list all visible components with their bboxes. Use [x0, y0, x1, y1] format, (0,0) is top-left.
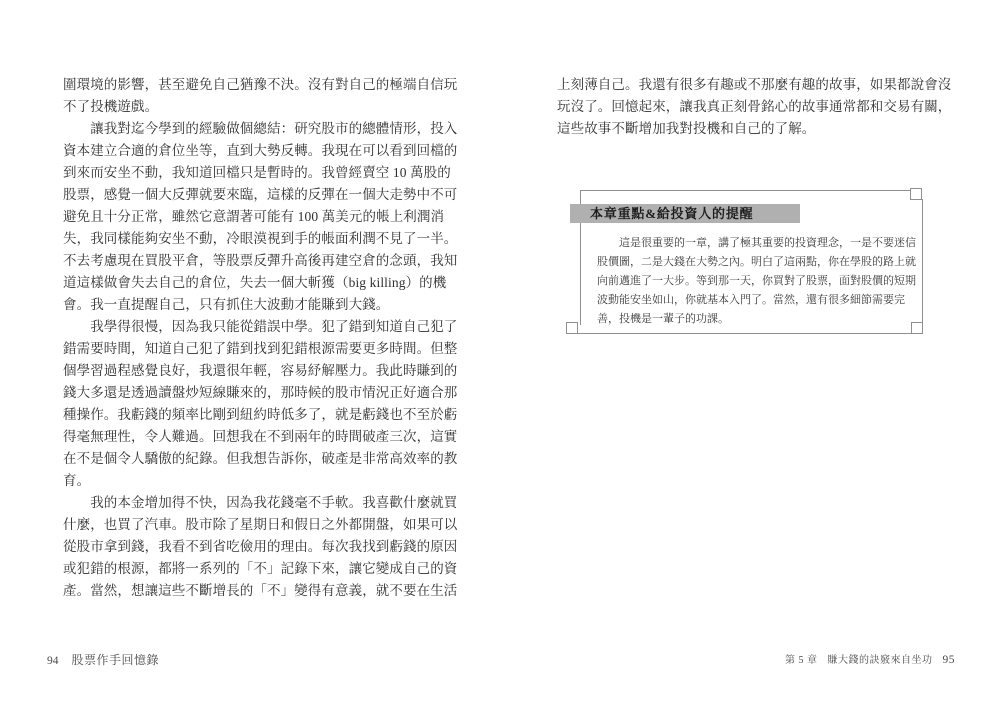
- text-line: 我學得很慢，因為我只能從錯誤中學。犯了錯到知道自己犯了: [63, 316, 463, 338]
- callout-title: 本章重點&給投資人的提醒: [590, 206, 753, 221]
- text-line: 不去考慮現在買股平倉，等股票反彈升高後再建空倉的念頭，我知: [63, 250, 463, 272]
- text-line: 讓我對迄今學到的經驗做個總結：研究股市的總體情形，投入: [63, 118, 463, 140]
- text-line: 個學習過程感覺良好，我還很年輕，容易紓解壓力。我此時賺到的: [63, 360, 463, 382]
- chapter-label: 第 5 章: [785, 653, 818, 669]
- text-line: 股票，感覺一個大反彈就要來臨，這樣的反彈在一個大走勢中不可: [63, 184, 463, 206]
- left-page-text: 圍環境的影響，甚至避免自己猶豫不決。沒有對自己的極端自信玩 不了投機遊戲。 讓我…: [63, 74, 463, 602]
- chapter-summary-callout: 本章重點&給投資人的提醒 這是很重要的一章，講了極其重要的投資理念，一是不要迷信…: [540, 170, 970, 365]
- text-line: 向前邁進了一大步。等到那一天，你買對了股票，面對股價的短期: [597, 272, 916, 291]
- text-line: 上刻薄自己。我還有很多有趣或不那麼有趣的故事，如果都說會沒: [557, 74, 957, 96]
- book-spread: 圍環境的影響，甚至避免自己猶豫不決。沒有對自己的極端自信玩 不了投機遊戲。 讓我…: [0, 0, 1000, 710]
- text-line: 什麼，也買了汽車。股市除了星期日和假日之外都開盤，如果可以: [63, 514, 463, 536]
- text-line: 種操作。我虧錢的頻率比剛到紐約時低多了，就是虧錢也不至於虧: [63, 404, 463, 426]
- text-line: 玩沒了。回憶起來，讓我真正刻骨銘心的故事通常都和交易有關，: [557, 96, 957, 118]
- text-line: 這些故事不斷增加我對投機和自己的了解。: [557, 118, 957, 140]
- text-line: 不了投機遊戲。: [63, 96, 463, 118]
- text-line: 在不是個令人驕傲的紀錄。但我想告訴你，破產是非常高效率的教: [63, 448, 463, 470]
- text-line: 道這樣做會失去自己的倉位，失去一個大斬獲（big killing）的機: [63, 272, 463, 294]
- book-title: 股票作手回憶錄: [72, 652, 160, 668]
- page-number: 95: [943, 652, 956, 668]
- text-line: 圍環境的影響，甚至避免自己猶豫不決。沒有對自己的極端自信玩: [63, 74, 463, 96]
- text-line: 資本建立合適的倉位坐等，直到大勢反轉。我現在可以看到回檔的: [63, 140, 463, 162]
- text-line: 我的本金增加得不快，因為我花錢毫不手軟。我喜歡什麼就買: [63, 492, 463, 514]
- text-line: 從股市拿到錢，我看不到省吃儉用的理由。每次我找到虧錢的原因: [63, 536, 463, 558]
- text-line: 失，我同樣能夠安坐不動，冷眼漠視到手的帳面利潤不見了一半。: [63, 228, 463, 250]
- text-line: 產。當然，想讓這些不斷增長的「不」變得有意義，就不要在生活: [63, 580, 463, 602]
- chapter-title: 賺大錢的訣竅來自坐功: [828, 653, 933, 669]
- text-line: 善，投機是一輩子的功課。: [597, 310, 916, 329]
- text-line: 避免且十分正常，雖然它意謂著可能有 100 萬美元的帳上利潤消: [63, 206, 463, 228]
- right-page-text: 上刻薄自己。我還有很多有趣或不那麼有趣的故事，如果都說會沒 玩沒了。回憶起來，讓…: [557, 74, 957, 140]
- text-line: 波動能安坐如山，你就基本入門了。當然，還有很多細節需要完: [597, 291, 916, 310]
- page-number: 94: [47, 653, 59, 669]
- corner-square-icon: [911, 189, 922, 200]
- text-line: 育。: [63, 470, 463, 492]
- text-line: 或犯錯的根源，都將一系列的「不」記錄下來，讓它變成自己的資: [63, 558, 463, 580]
- corner-square-icon: [567, 323, 578, 334]
- text-line: 錯需要時間，知道自己犯了錯到找到犯錯根源需要更多時間。但整: [63, 338, 463, 360]
- callout-body: 這是很重要的一章，講了極其重要的投資理念，一是不要迷信 股價圖，二是大錢在大勢之…: [597, 234, 916, 329]
- right-page-footer: 第 5 章 賺大錢的訣竅來自坐功 95: [785, 652, 955, 668]
- left-page-footer: 94 股票作手回憶錄: [47, 652, 159, 668]
- text-line: 股價圖，二是大錢在大勢之內。明白了這兩點，你在學股的路上就: [597, 253, 916, 272]
- text-line: 錢大多還是透過讀盤炒短線賺來的，那時候的股市情況正好適合那: [63, 382, 463, 404]
- callout-title-bar: 本章重點&給投資人的提醒: [570, 204, 800, 223]
- text-line: 到來而安坐不動，我知道回檔只是暫時的。我曾經賣空 10 萬股的: [63, 162, 463, 184]
- text-line: 這是很重要的一章，講了極其重要的投資理念，一是不要迷信: [597, 234, 916, 253]
- text-line: 得毫無理性，令人難過。回想我在不到兩年的時間破產三次，這實: [63, 426, 463, 448]
- text-line: 會。我一直提醒自己，只有抓住大波動才能賺到大錢。: [63, 294, 463, 316]
